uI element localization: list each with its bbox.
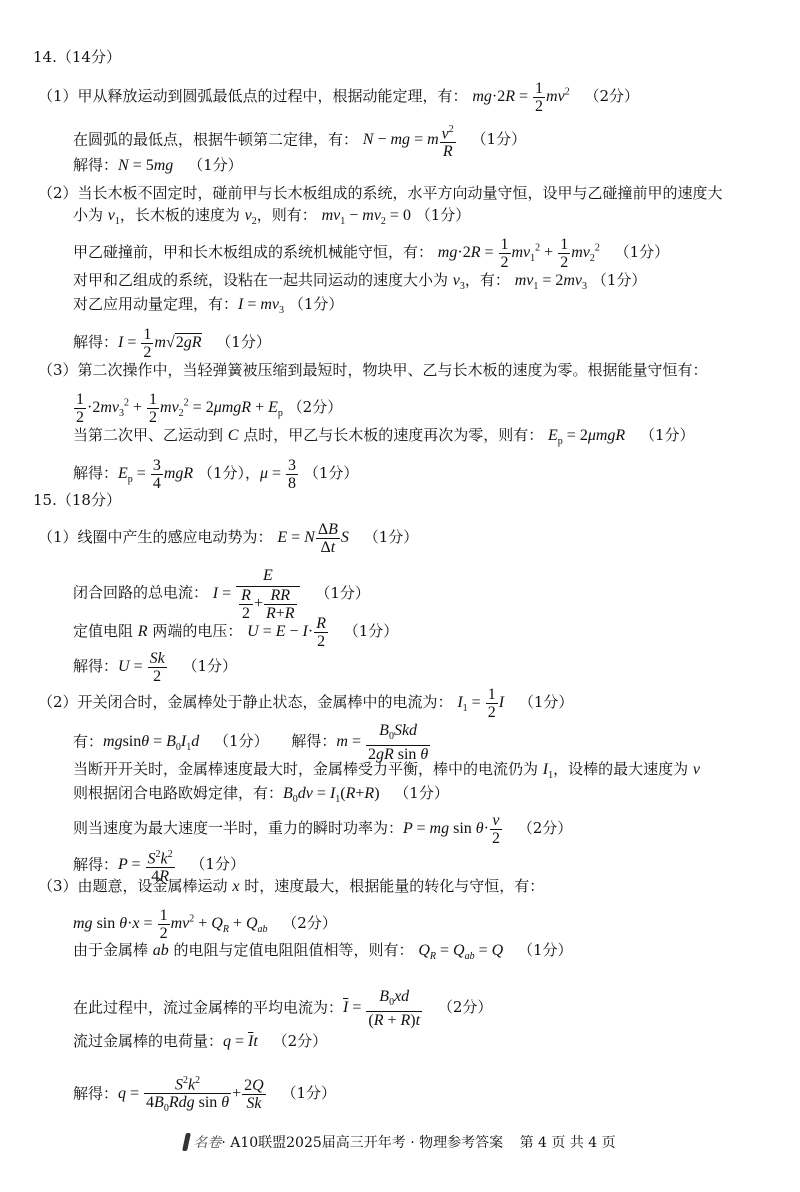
q15-part1-line3: 定值电阻 R 两端的电压： U = E − I·R2 （1分） (73, 615, 398, 650)
score: （1分） (518, 941, 573, 959)
q15-part2-line2: 有：mgsinθ = B0I1d （1分） 解得：m = B0Skd2gR si… (73, 722, 431, 763)
q14-part3-line2: 12·2mv32 + 12mv22 = 2μmgR + Ep （2分） (73, 391, 342, 426)
score: （1分） (282, 1084, 337, 1102)
part-label: （2） (38, 184, 78, 202)
formula: B0dv = I1(R+R) (283, 785, 380, 802)
formula: Ep = 34mgR (118, 465, 193, 482)
score: （2分） (282, 914, 337, 932)
formula: I = B0xd(R + R)t (343, 999, 423, 1016)
score: （1分） (289, 295, 344, 313)
q15-part2-line5: 则当速度为最大速度一半时，重力的瞬时功率为：P = mg sin θ·v2 （2… (73, 812, 572, 847)
score: （1分） (315, 584, 370, 602)
score: （2分） (584, 87, 639, 105)
formula: q = It (223, 1033, 258, 1050)
score: （2分） (438, 998, 493, 1016)
q14-part1-line3: 解得：N = 5mg （1分） (73, 155, 243, 176)
score: （1分） (615, 243, 670, 261)
formula: N = 5mg (118, 157, 173, 174)
formula: mgsinθ = B0I1d (103, 733, 199, 750)
score: （1分） (394, 784, 449, 802)
page-number: 第 4 页 共 4 页 (520, 1135, 616, 1151)
formula: 12·2mv32 + 12mv22 = 2μmgR + Ep (73, 399, 283, 416)
q15-part3-line5: 流过金属棒的电荷量：q = It （2分） (73, 1031, 327, 1052)
formula: U = Sk2 (118, 658, 168, 675)
q15-part1-line1: （1）线圈中产生的感应电动势为： E = NΔBΔtS （1分） (38, 521, 418, 556)
q15-part1-line2: 闭合回路的总电流： I = ER2+RRR+R （1分） (73, 566, 370, 622)
formula: P = mg sin θ·v2 (403, 820, 503, 837)
formula: I = mv3 (238, 296, 284, 313)
score: （1分） (519, 693, 574, 711)
score: （2分） (518, 819, 573, 837)
formula: QR = Qab = Q (418, 942, 503, 959)
part-label: （1） (38, 87, 78, 105)
score: （1分） (472, 130, 527, 148)
formula: P = S2k24R (118, 856, 176, 873)
q15-part3-line2: mg sin θ·x = 12mv2 + QR + Qab （2分） (73, 907, 337, 942)
part-label: （2） (38, 693, 78, 711)
q15-part3-line1: （3）由题意，设金属棒运动 x 时，速度最大，根据能量的转化与守恒，有： (38, 876, 544, 897)
footer-title: · A10联盟2025届高三开年考 · 物理参考答案 (221, 1135, 503, 1151)
score: （1分） (416, 206, 471, 224)
formula: mg sin θ·x = 12mv2 + QR + Qab (73, 915, 268, 932)
score: （1分） (304, 464, 359, 482)
formula: Ep = 2μmgR (548, 427, 625, 444)
formula: E = NΔBΔtS (277, 529, 349, 546)
q15-part1-line4: 解得：U = Sk2 （1分） (73, 650, 237, 685)
formula: q = S2k24B0Rdg sin θ+2QSk (118, 1085, 267, 1102)
formula: I = 12m√2gR (118, 334, 201, 351)
q14-part2-line2: 小为 v1，长木板的速度为 v2，则有： mv1 − mv2 = 0 （1分） (73, 205, 470, 232)
formula: mv1 − mv2 = 0 (322, 207, 411, 224)
brand-logo-icon (182, 1133, 191, 1151)
q14-part3-line4: 解得：Ep = 34mgR （1分），μ = 38 （1分） (73, 457, 358, 492)
q15-part3-line4: 在此过程中，流过金属棒的平均电流为：I = B0xd(R + R)t （2分） (73, 988, 492, 1029)
score: （1分） (188, 156, 243, 174)
q15-part2-line1: （2）开关闭合时，金属棒处于静止状态，金属棒中的电流为： I1 = 12I （1… (38, 686, 573, 721)
score: （1分） (592, 271, 647, 289)
q14-part2-line6: 解得：I = 12m√2gR （1分） (73, 326, 271, 361)
question-15-header: 15.（18分） (33, 490, 121, 510)
q14-part1-line1: （1）甲从释放运动到圆弧最低点的过程中，根据动能定理，有： mg·2R = 12… (38, 80, 639, 115)
part-label: （3） (38, 877, 78, 895)
part-label: （3） (38, 361, 78, 379)
question-14-header: 14.（14分） (33, 47, 121, 67)
q15-part2-line4: 则根据闭合电路欧姆定律，有：B0dv = I1(R+R) （1分） (73, 783, 449, 810)
q14-part3-line1: （3）第二次操作中，当轻弹簧被压缩到最短时，物块甲、乙与长木板的速度为零。根据能… (38, 360, 708, 380)
formula: mv1 = 2mv3 (515, 272, 587, 289)
score: （1分）， (198, 464, 260, 482)
formula: mg·2R = 12mv12 + 12mv22 (438, 244, 600, 261)
brand-logo-text: 名卷 (193, 1135, 221, 1151)
q14-part2-line5: 对乙应用动量定理，有：I = mv3 （1分） (73, 294, 343, 321)
score: （2分） (288, 398, 343, 416)
score: （1分） (640, 426, 695, 444)
q15-part3-line3: 由于金属棒 ab 的电阻与定值电阻阻值相等，则有： QR = Qab = Q （… (73, 940, 573, 967)
formula: I1 = 12I (457, 694, 504, 711)
formula: I = ER2+RRR+R (213, 585, 301, 602)
page-footer: 名卷· A10联盟2025届高三开年考 · 物理参考答案 第 4 页 共 4 页 (0, 1132, 800, 1152)
q14-part3-line3: 当第二次甲、乙运动到 C 点时，甲乙与长木板的速度再次为零，则有： Ep = 2… (73, 425, 695, 452)
formula: m = B0Skd2gR sin θ (336, 733, 431, 750)
q15-part3-line6: 解得：q = S2k24B0Rdg sin θ+2QSk （1分） (73, 1072, 336, 1118)
q14-part2-line1: （2）当长木板不固定时，碰前甲与长木板组成的系统，水平方向动量守恒，设甲与乙碰撞… (38, 183, 723, 203)
score: （1分） (214, 732, 269, 750)
score: （1分） (216, 333, 271, 351)
score: （1分） (344, 622, 399, 640)
score: （2分） (273, 1032, 328, 1050)
formula: mg·2R = 12mv2 (472, 88, 569, 105)
part-label: （1） (38, 528, 78, 546)
q14-part2-line3: 甲乙碰撞前，甲和长木板组成的系统机械能守恒，有： mg·2R = 12mv12 … (73, 236, 669, 271)
formula: U = E − I·R2 (247, 623, 329, 640)
formula: N − mg = mv2R (363, 131, 457, 148)
formula: μ = 38 (260, 465, 299, 482)
score: （1分） (364, 528, 419, 546)
score: （1分） (183, 657, 238, 675)
score: （1分） (190, 855, 245, 873)
